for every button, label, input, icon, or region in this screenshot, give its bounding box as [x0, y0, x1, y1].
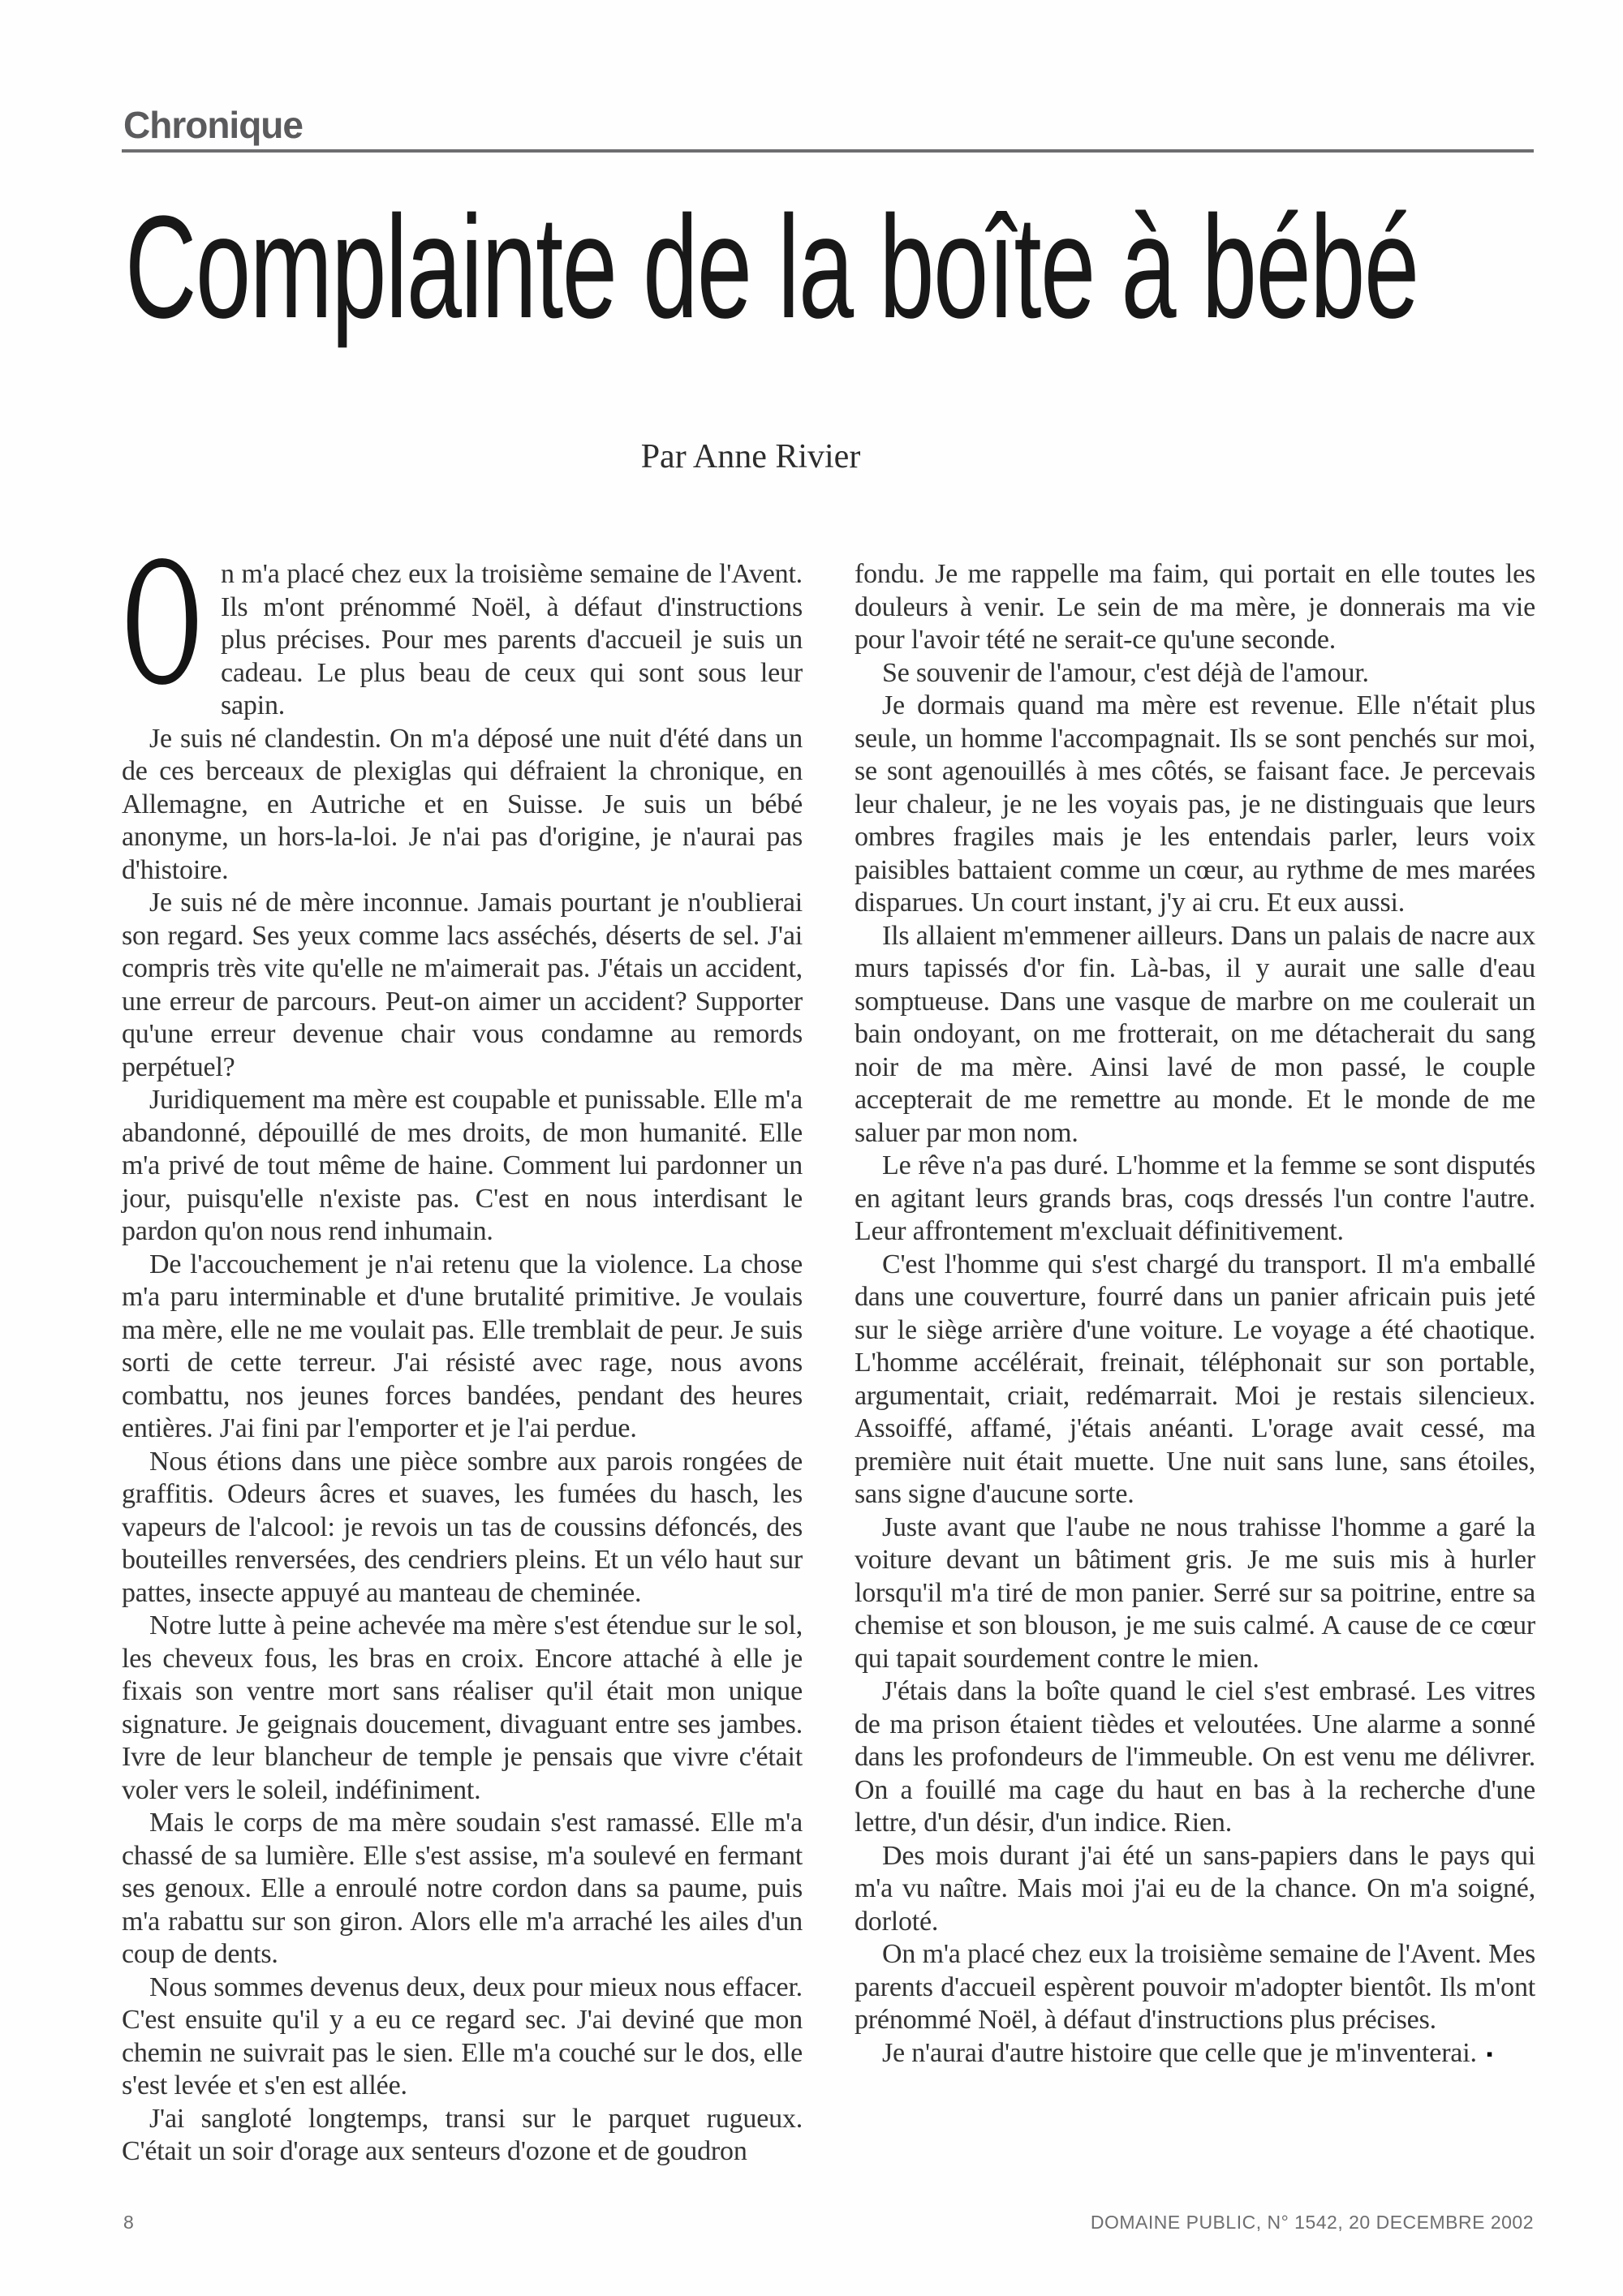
paragraph: Le rêve n'a pas duré. L'homme et la femm… — [855, 1150, 1535, 1249]
page-number: 8 — [123, 2212, 134, 2234]
paragraph: Je dormais quand ma mère est revenue. El… — [855, 690, 1535, 920]
paragraph: J'étais dans la boîte quand le ciel s'es… — [855, 1675, 1535, 1840]
right-column: fondu. Je me rappelle ma faim, qui porta… — [855, 558, 1535, 2169]
paragraph: Nous étions dans une pièce sombre aux pa… — [122, 1446, 803, 1610]
paragraph: Je suis né clandestin. On m'a déposé une… — [122, 723, 803, 888]
article-body: On m'a placé chez eux la troisième semai… — [122, 558, 1535, 2169]
paragraph: C'est l'homme qui s'est chargé du transp… — [855, 1249, 1535, 1511]
paragraph: On m'a placé chez eux la troisième semai… — [855, 1938, 1535, 2037]
paragraph: Juridiquement ma mère est coupable et pu… — [122, 1084, 803, 1249]
closing-paragraph-text: Je n'aurai d'autre histoire que celle qu… — [882, 2038, 1477, 2068]
drop-cap: O — [122, 563, 171, 691]
paragraph: Mais le corps de ma mère soudain s'est r… — [122, 1807, 803, 1971]
paragraph: Notre lutte à peine achevée ma mère s'es… — [122, 1610, 803, 1807]
section-kicker: Chronique — [123, 106, 303, 144]
paragraph: Ils allaient m'emmener ailleurs. Dans un… — [855, 920, 1535, 1150]
paragraph: Juste avant que l'aube ne nous trahisse … — [855, 1511, 1535, 1676]
closing-paragraph: Je n'aurai d'autre histoire que celle qu… — [855, 2037, 1535, 2071]
paragraph: Se souvenir de l'amour, c'est déjà de l'… — [855, 657, 1535, 690]
header-rule — [122, 149, 1534, 153]
issue-footer: DOMAINE PUBLIC, N° 1542, 20 DECEMBRE 200… — [1091, 2212, 1534, 2234]
article-title-block: Complainte de la boîte à bébé — [125, 195, 1537, 369]
paragraph: J'ai sangloté longtemps, transi sur le p… — [122, 2103, 803, 2169]
article-title: Complainte de la boîte à bébé — [125, 195, 1419, 341]
paragraph: De l'accouchement je n'ai retenu que la … — [122, 1249, 803, 1446]
opening-paragraph: On m'a placé chez eux la troisième semai… — [122, 558, 803, 723]
magazine-page: Chronique Complainte de la boîte à bébé … — [0, 0, 1623, 2296]
opening-paragraph-text: n m'a placé chez eux la troisième semain… — [221, 559, 803, 720]
paragraph: Des mois durant j'ai été un sans-papiers… — [855, 1840, 1535, 1939]
end-of-article-mark: ▪ — [1487, 2044, 1493, 2064]
continuation-paragraph: fondu. Je me rappelle ma faim, qui porta… — [855, 558, 1535, 657]
byline: Par Anne Rivier — [122, 438, 1380, 475]
paragraph: Je suis né de mère inconnue. Jamais pour… — [122, 887, 803, 1084]
left-column: On m'a placé chez eux la troisième semai… — [122, 558, 803, 2169]
paragraph: Nous sommes devenus deux, deux pour mieu… — [122, 1971, 803, 2103]
